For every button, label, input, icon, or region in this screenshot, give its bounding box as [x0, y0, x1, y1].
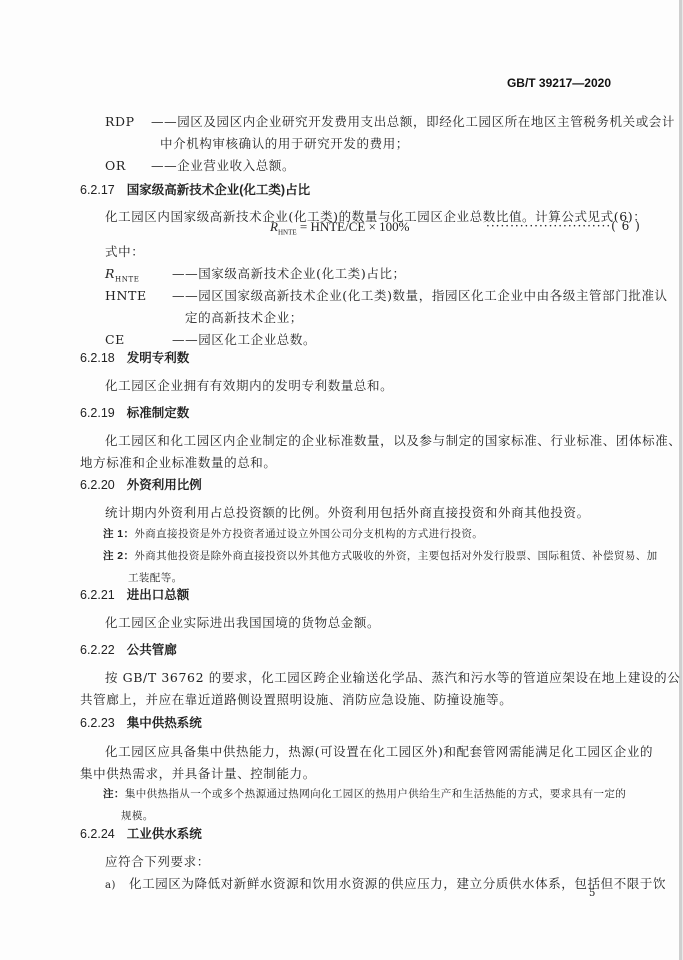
formula-6: RHNTE = HNTE/CE × 100% — [270, 219, 410, 237]
page-number: 5 — [589, 888, 595, 899]
paragraph: 化工园区应具备集中供热能力，热源(可设置在化工园区外)和配套管网需能满足化工园区… — [105, 742, 653, 760]
paragraph: 按 GB/T 36762 的要求，化工园区跨企业输送化学品、蒸汽和污水等的管道应… — [105, 668, 680, 686]
note: 注：集中供热指从一个或多个热源通过热网向化工园区的热用户供给生产和生活热能的方式… — [103, 786, 626, 801]
section-heading-6218: 6.2.18发明专利数 — [80, 348, 189, 366]
note-cont: 规模。 — [121, 808, 154, 823]
definition-rdp: RDP——园区及园区内企业研究开发费用支出总额，即经化工园区所在地区主管税务机关… — [105, 112, 675, 130]
definition-ce: CE——园区化工企业总数。 — [105, 330, 316, 348]
standard-number: GB/T 39217—2020 — [507, 76, 611, 90]
note-2-cont: 工装配等。 — [128, 570, 183, 585]
definition-rhnte: RHNTE——国家级高新技术企业(化工类)占比； — [105, 264, 406, 284]
equation-number: ··························( 6 ) — [486, 219, 641, 233]
paragraph-cont: 共管廊上，并应在靠近道路侧设置照明设施、消防应急设施、防撞设施等。 — [80, 690, 512, 708]
section-heading-6223: 6.2.23集中供热系统 — [80, 713, 202, 731]
list-item-a: a)化工园区为降低对新鲜水资源和饮用水资源的供应压力，建立分质供水体系，包括但不… — [105, 874, 666, 892]
note-2: 注 2：外商其他投资是除外商直接投资以外其他方式吸收的外资，主要包括对外发行股票… — [103, 548, 658, 563]
section-heading-6219: 6.2.19标准制定数 — [80, 403, 189, 421]
paragraph: 化工园区企业拥有有效期内的发明专利数量总和。 — [105, 376, 393, 394]
note-1: 注 1：外商直接投资是外方投资者通过设立外国公司分支机构的方式进行投资。 — [103, 526, 483, 541]
paragraph-cont: 集中供热需求，并具备计量、控制能力。 — [80, 764, 316, 782]
section-heading-6221: 6.2.21进出口总额 — [80, 585, 189, 603]
definition-hnte: HNTE——园区国家级高新技术企业(化工类)数量，指园区化工企业中由各级主管部门… — [105, 286, 668, 304]
section-heading-6224: 6.2.24工业供水系统 — [80, 824, 202, 842]
section-heading-6220: 6.2.20外资利用比例 — [80, 475, 202, 493]
section-heading-6222: 6.2.22公共管廊 — [80, 640, 177, 658]
definition-rdp-cont: 中介机构审核确认的用于研究开发的费用； — [160, 134, 409, 152]
where-label: 式中： — [105, 242, 144, 260]
paragraph: 化工园区和化工园区内企业制定的企业标准数量，以及参与制定的国家标准、行业标准、团… — [105, 431, 681, 449]
paragraph: 统计期内外资利用占总投资额的比例。外资利用包括外商直接投资和外商其他投资。 — [105, 503, 590, 521]
definition-hnte-cont: 定的高新技术企业； — [185, 308, 303, 326]
section-heading-6217: 6.2.17国家级高新技术企业(化工类)占比 — [80, 180, 310, 198]
paragraph: 应符合下列要求： — [105, 852, 210, 870]
paragraph-cont: 地方标准和企业标准数量的总和。 — [80, 453, 277, 471]
definition-or: OR——企业营业收入总额。 — [105, 156, 295, 174]
paragraph: 化工园区企业实际进出我国国境的货物总金额。 — [105, 613, 380, 631]
